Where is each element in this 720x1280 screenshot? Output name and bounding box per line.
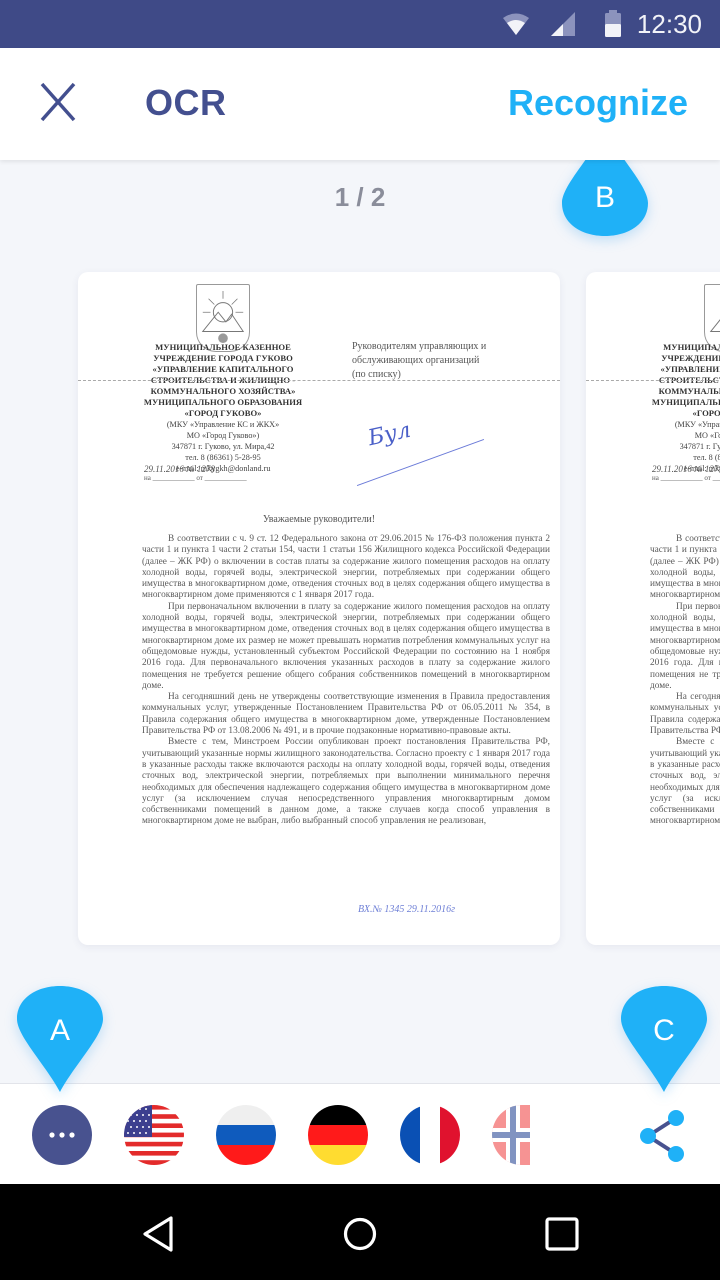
status-time: 12:30 [637,9,702,40]
letterhead-left: МУНИЦИПАЛЬНОЕ КАЗЕННОЕ УЧРЕЖДЕНИЕ ГОРОДА… [128,342,318,474]
language-english-us[interactable] [124,1105,184,1165]
document-scan: МУНИЦИПАЛЬНОЕ КАЗЕННОЕ УЧРЕЖДЕНИЕ ГОРОДА… [586,272,720,945]
letter-greeting: Уважаемые руководители! [586,514,720,525]
language-toolbar [0,1083,720,1184]
letter-greeting: Уважаемые руководители! [78,514,560,525]
document-scan: МУНИЦИПАЛЬНОЕ КАЗЕННОЕ УЧРЕЖДЕНИЕ ГОРОДА… [78,272,560,945]
back-icon [140,1214,180,1254]
home-button[interactable] [340,1214,380,1254]
close-button[interactable] [34,78,82,126]
fold-line [586,380,720,381]
more-languages-button[interactable] [32,1105,92,1165]
back-button[interactable] [140,1214,180,1254]
handwritten-signature: Бул [366,418,413,451]
letterhead-right: Руководителям управляющих и обслуживающи… [352,340,552,382]
more-horizontal-icon [49,1132,75,1138]
language-russian[interactable] [216,1105,276,1165]
letter-body: В соответствии с ч. 9 ст. 12 Федеральног… [650,534,720,828]
letter-date: 29.11.2016 № 1278 на ____________ от ___… [652,464,720,482]
fold-line [78,380,560,381]
home-icon [340,1214,380,1254]
letter-date: 29.11.2016 № 1278 на ____________ от ___… [144,464,247,482]
document-page-2[interactable]: МУНИЦИПАЛЬНОЕ КАЗЕННОЕ УЧРЕЖДЕНИЕ ГОРОДА… [586,272,720,945]
incoming-stamp: ВХ.№ 1345 29.11.2016г [358,904,455,915]
flag-us-icon [124,1105,184,1165]
screen-title: OCR [145,82,227,124]
document-page-1[interactable]: МУНИЦИПАЛЬНОЕ КАЗЕННОЕ УЧРЕЖДЕНИЕ ГОРОДА… [78,272,560,945]
wifi-icon [502,12,530,36]
share-icon [636,1108,688,1164]
close-icon [34,78,82,126]
language-norwegian[interactable] [492,1105,530,1165]
callout-a-marker: A [15,984,105,1094]
letter-body: В соответствии с ч. 9 ст. 12 Федеральног… [142,534,550,828]
callout-c-marker: C [619,984,709,1094]
flag-germany-icon [308,1105,368,1165]
recents-button[interactable] [542,1214,582,1254]
recents-icon [542,1214,582,1254]
language-german[interactable] [308,1105,368,1165]
flag-norway-icon [492,1105,530,1165]
status-bar: 12:30 [0,0,720,48]
battery-icon [604,10,622,38]
recognize-button[interactable]: Recognize [508,82,688,124]
language-french[interactable] [400,1105,460,1165]
letterhead-left: МУНИЦИПАЛЬНОЕ КАЗЕННОЕ УЧРЕЖДЕНИЕ ГОРОДА… [636,342,720,474]
flag-france-icon [400,1105,460,1165]
cellular-signal-icon [551,12,577,36]
share-button[interactable] [636,1108,688,1164]
ocr-screen: 12:30 OCR Recognize 1 / 2 [0,0,720,1280]
system-navigation-bar [0,1184,720,1280]
flag-russia-icon [216,1105,276,1165]
app-bar: OCR Recognize [0,48,720,160]
